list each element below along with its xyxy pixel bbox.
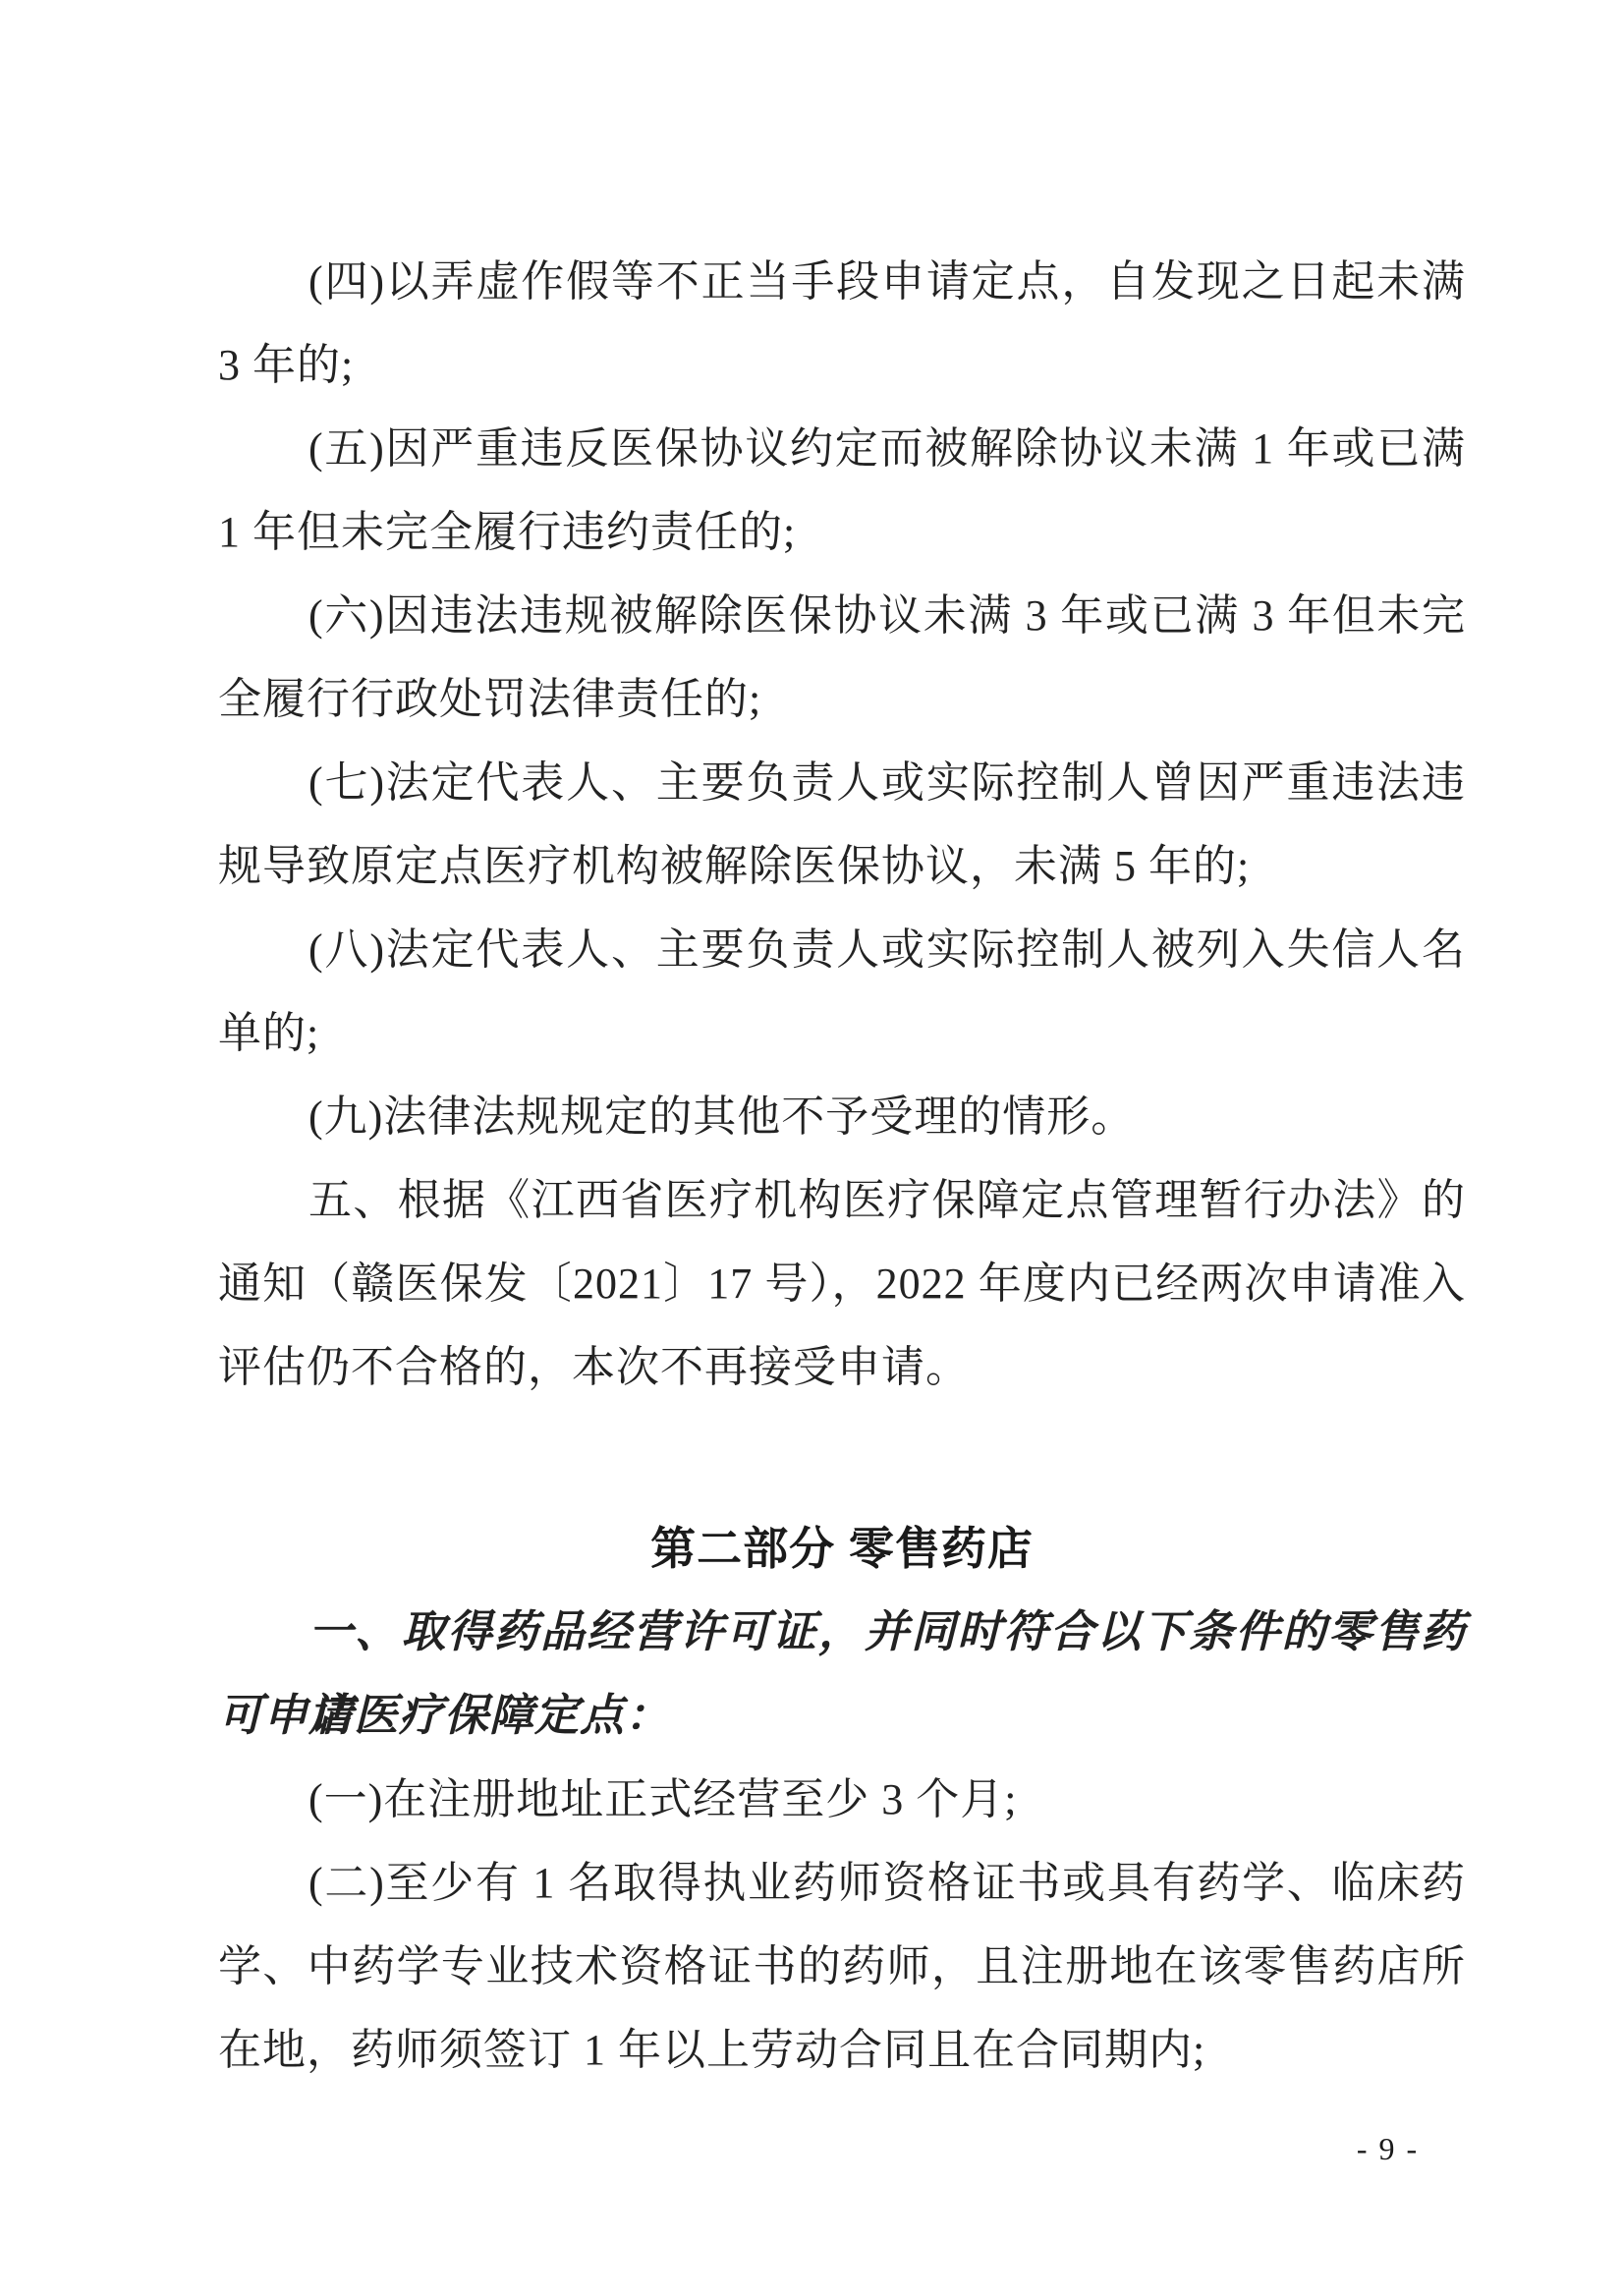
text-line: 一、取得药品经营许可证，并同时符合以下条件的零售药店 — [218, 1591, 1466, 1674]
paragraph: 一、取得药品经营许可证，并同时符合以下条件的零售药店可申请医疗保障定点： — [218, 1591, 1466, 1758]
paragraph: (二)至少有 1 名取得执业药师资格证书或具有药学、临床药学、中药学专业技术资格… — [218, 1841, 1466, 2092]
page-number: - 9 - — [1336, 2124, 1439, 2173]
paragraph: (一)在注册地址正式经营至少 3 个月; — [218, 1758, 1466, 1841]
section-heading: 第二部分 零售药店 — [218, 1507, 1466, 1591]
text-line: 学、中药学专业技术资格证书的药师，且注册地在该零售药店所 — [218, 1925, 1466, 2008]
text-line: (五)因严重违反医保协议约定而被解除协议未满 1 年或已满 — [218, 407, 1466, 490]
text-line: 1 年但未完全履行违约责任的; — [218, 490, 1466, 574]
document-page: (四)以弄虚作假等不正当手段申请定点，自发现之日起未满3 年的;(五)因严重违反… — [0, 0, 1623, 2296]
text-line: (九)法律法规规定的其他不予受理的情形。 — [218, 1075, 1466, 1158]
text-line: 在地，药师须签订 1 年以上劳动合同且在合同期内; — [218, 2008, 1466, 2092]
document-body: (四)以弄虚作假等不正当手段申请定点，自发现之日起未满3 年的;(五)因严重违反… — [218, 240, 1466, 2092]
text-line: (六)因违法违规被解除医保协议未满 3 年或已满 3 年但未完 — [218, 574, 1466, 657]
text-line: 通知（赣医保发〔2021〕17 号），2022 年度内已经两次申请准入 — [218, 1242, 1466, 1325]
paragraph: (五)因严重违反医保协议约定而被解除协议未满 1 年或已满1 年但未完全履行违约… — [218, 407, 1466, 574]
text-line: (一)在注册地址正式经营至少 3 个月; — [218, 1758, 1466, 1841]
paragraph: 五、根据《江西省医疗机构医疗保障定点管理暂行办法》的通知（赣医保发〔2021〕1… — [218, 1158, 1466, 1409]
paragraph: (七)法定代表人、主要负责人或实际控制人曾因严重违法违规导致原定点医疗机构被解除… — [218, 741, 1466, 908]
text-line: (四)以弄虚作假等不正当手段申请定点，自发现之日起未满 — [218, 240, 1466, 323]
section-heading-text: 第二部分 零售药店 — [218, 1507, 1466, 1591]
text-line: 单的; — [218, 991, 1466, 1075]
text-line: 可申请医疗保障定点： — [218, 1674, 1466, 1758]
text-line: 规导致原定点医疗机构被解除医保协议，未满 5 年的; — [218, 824, 1466, 908]
paragraph: (九)法律法规规定的其他不予受理的情形。 — [218, 1075, 1466, 1158]
paragraph: (八)法定代表人、主要负责人或实际控制人被列入失信人名单的; — [218, 908, 1466, 1075]
paragraph: (六)因违法违规被解除医保协议未满 3 年或已满 3 年但未完全履行行政处罚法律… — [218, 574, 1466, 741]
text-line: 全履行行政处罚法律责任的; — [218, 657, 1466, 741]
paragraph: (四)以弄虚作假等不正当手段申请定点，自发现之日起未满3 年的; — [218, 240, 1466, 407]
text-line: (七)法定代表人、主要负责人或实际控制人曾因严重违法违 — [218, 741, 1466, 824]
text-line: 评估仍不合格的，本次不再接受申请。 — [218, 1325, 1466, 1409]
text-line: (二)至少有 1 名取得执业药师资格证书或具有药学、临床药 — [218, 1841, 1466, 1925]
text-line: 3 年的; — [218, 323, 1466, 407]
text-line: 五、根据《江西省医疗机构医疗保障定点管理暂行办法》的 — [218, 1158, 1466, 1242]
text-line: (八)法定代表人、主要负责人或实际控制人被列入失信人名 — [218, 908, 1466, 991]
